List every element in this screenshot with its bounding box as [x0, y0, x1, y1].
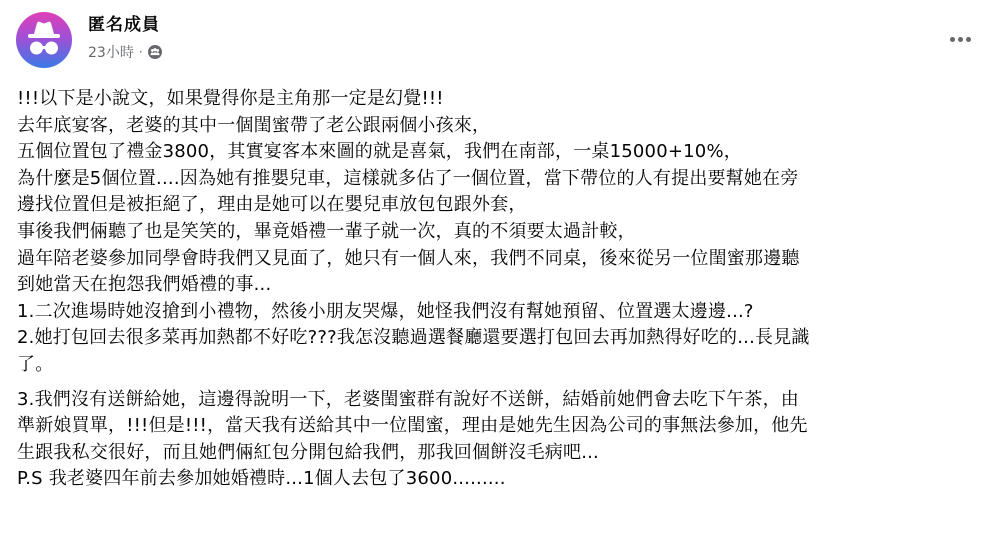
author-name[interactable]: 匿名成員: [88, 10, 160, 35]
more-horizontal-icon: [958, 37, 963, 42]
post-timestamp[interactable]: 23小時: [88, 42, 134, 62]
more-options-button[interactable]: [940, 24, 980, 54]
post-text-line: 到她當天在抱怨我們婚禮的事...: [17, 272, 987, 299]
more-horizontal-icon: [966, 37, 971, 42]
post-text-line: 為什麼是5個位置....因為她有推嬰兒車，這樣就多佔了一個位置，當下帶位的人有提…: [17, 166, 987, 193]
post-text-line: P.S 我老婆四年前去參加她婚禮時...1個人去包了3600.........: [17, 466, 987, 493]
post-text-line: 五個位置包了禮金3800，其實宴客本來圖的就是喜氣，我們在南部，一桌15000+…: [17, 139, 987, 166]
group-members-icon[interactable]: [148, 45, 162, 59]
post-text-line: !!!以下是小說文，如果覺得你是主角那一定是幻覺!!!: [17, 86, 987, 113]
post-text-line: 事後我們倆聽了也是笑笑的，畢竟婚禮一輩子就一次，真的不須要太過計較，: [17, 219, 987, 246]
post-header: 匿名成員 23小時 ·: [0, 0, 995, 80]
post-paragraph: !!!以下是小說文，如果覺得你是主角那一定是幻覺!!! 去年底宴客，老婆的其中一…: [17, 86, 987, 379]
post-text-line: 過年陪老婆參加同學會時我們又見面了，她只有一個人來，我們不同桌，後來從另一位閨蜜…: [17, 246, 987, 273]
post-text-line: 去年底宴客，老婆的其中一個閨蜜帶了老公跟兩個小孩來，: [17, 113, 987, 140]
paragraph-spacer: [17, 379, 987, 387]
meta-separator: ·: [139, 45, 143, 59]
post-text-line: 準新娘買單，!!!但是!!!，當天我有送給其中一位閨蜜，理由是她先生因為公司的事…: [17, 413, 987, 440]
post-text-line: 1.二次進場時她沒搶到小禮物，然後小朋友哭爆，她怪我們沒有幫她預留、位置選太邊邊…: [17, 299, 987, 326]
post-text-line: 生跟我私交很好，而且她們倆紅包分開包給我們，那我回個餅沒毛病吧...: [17, 440, 987, 467]
post-text-line: 3.我們沒有送餅給她，這邊得說明一下，老婆閨蜜群有說好不送餅，結婚前她們會去吃下…: [17, 387, 987, 414]
post-body: !!!以下是小說文，如果覺得你是主角那一定是幻覺!!! 去年底宴客，老婆的其中一…: [17, 86, 987, 493]
incognito-icon: [16, 12, 72, 68]
post-paragraph: 3.我們沒有送餅給她，這邊得說明一下，老婆閨蜜群有說好不送餅，結婚前她們會去吃下…: [17, 387, 987, 493]
post-meta: 23小時 ·: [88, 42, 162, 62]
more-horizontal-icon: [950, 37, 955, 42]
post-text-line: 了。: [17, 352, 987, 379]
post-text-line: 2.她打包回去很多菜再加熱都不好吃???我怎沒聽過選餐廳還要選打包回去再加熱得好…: [17, 325, 987, 352]
avatar[interactable]: [16, 12, 72, 68]
post-text-line: 邊找位置但是被拒絕了，理由是她可以在嬰兒車放包包跟外套，: [17, 192, 987, 219]
